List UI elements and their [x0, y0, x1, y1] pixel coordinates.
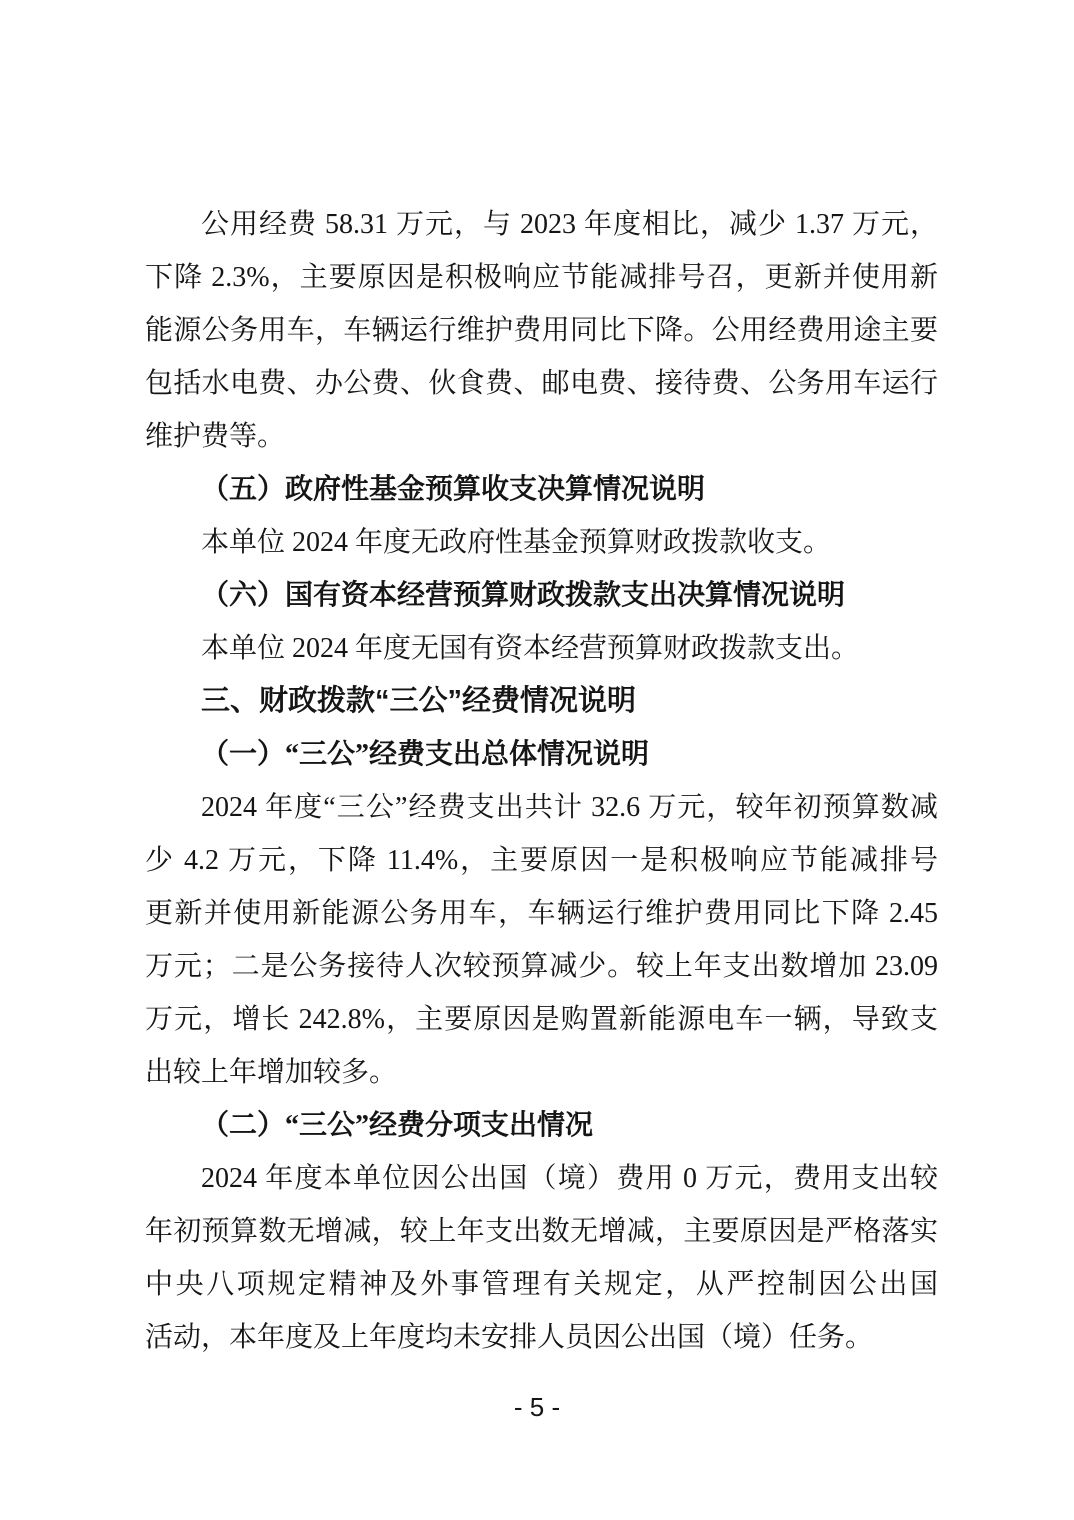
paragraph-public-funds-line: 包括水电费、办公费、伙食费、邮电费、接待费、公务用车运行 — [145, 357, 938, 410]
paragraph-three-public-overview-line: 2024 年度“三公”经费支出共计 32.6 万元，较年初预算数减 — [145, 781, 938, 834]
paragraph-public-funds-line: 能源公务用车，车辆运行维护费用同比下降。公用经费用途主要 — [145, 304, 938, 357]
paragraph-public-funds-line: 下降 2.3%，主要原因是积极响应节能减排号召，更新并使用新 — [145, 251, 938, 304]
paragraph-gov-fund-line: 本单位 2024 年度无政府性基金预算财政拨款收支。 — [145, 516, 938, 569]
document-body: 公用经费 58.31 万元，与 2023 年度相比，减少 1.37 万元，下降 … — [145, 198, 938, 1364]
paragraph-public-funds-line: 维护费等。 — [145, 410, 938, 463]
paragraph-three-public-overview-line: 万元；二是公务接待人次较预算减少。较上年支出数增加 23.09 — [145, 940, 938, 993]
heading-section-3-line: 三、财政拨款“三公”经费情况说明 — [145, 675, 938, 728]
paragraph-abroad-expense-line: 年初预算数无增减，较上年支出数无增减，主要原因是严格落实 — [145, 1205, 938, 1258]
paragraph-three-public-overview-line: 更新并使用新能源公务用车，车辆运行维护费用同比下降 2.45 — [145, 887, 938, 940]
subheading-section-3-2-line: （二）“三公”经费分项支出情况 — [145, 1099, 938, 1152]
paragraph-public-funds-line: 公用经费 58.31 万元，与 2023 年度相比，减少 1.37 万元， — [145, 198, 938, 251]
paragraph-abroad-expense-line: 活动，本年度及上年度均未安排人员因公出国（境）任务。 — [145, 1311, 938, 1364]
paragraph-abroad-expense-line: 2024 年度本单位因公出国（境）费用 0 万元，费用支出较 — [145, 1152, 938, 1205]
subheading-section-3-1-line: （一）“三公”经费支出总体情况说明 — [145, 728, 938, 781]
paragraph-abroad-expense-line: 中央八项规定精神及外事管理有关规定，从严控制因公出国（境） — [145, 1258, 938, 1311]
page-number: - 5 - — [0, 1381, 1074, 1434]
paragraph-three-public-overview-line: 万元，增长 242.8%，主要原因是购置新能源电车一辆，导致支 — [145, 993, 938, 1046]
paragraph-three-public-overview-line: 少 4.2 万元，下降 11.4%，主要原因一是积极响应节能减排号召， — [145, 834, 938, 887]
subheading-section-6-line: （六）国有资本经营预算财政拨款支出决算情况说明 — [145, 569, 938, 622]
subheading-section-5-line: （五）政府性基金预算收支决算情况说明 — [145, 463, 938, 516]
paragraph-state-capital-line: 本单位 2024 年度无国有资本经营预算财政拨款支出。 — [145, 622, 938, 675]
paragraph-three-public-overview-line: 出较上年增加较多。 — [145, 1046, 938, 1099]
document-page: 公用经费 58.31 万元，与 2023 年度相比，减少 1.37 万元，下降 … — [0, 0, 1074, 1520]
